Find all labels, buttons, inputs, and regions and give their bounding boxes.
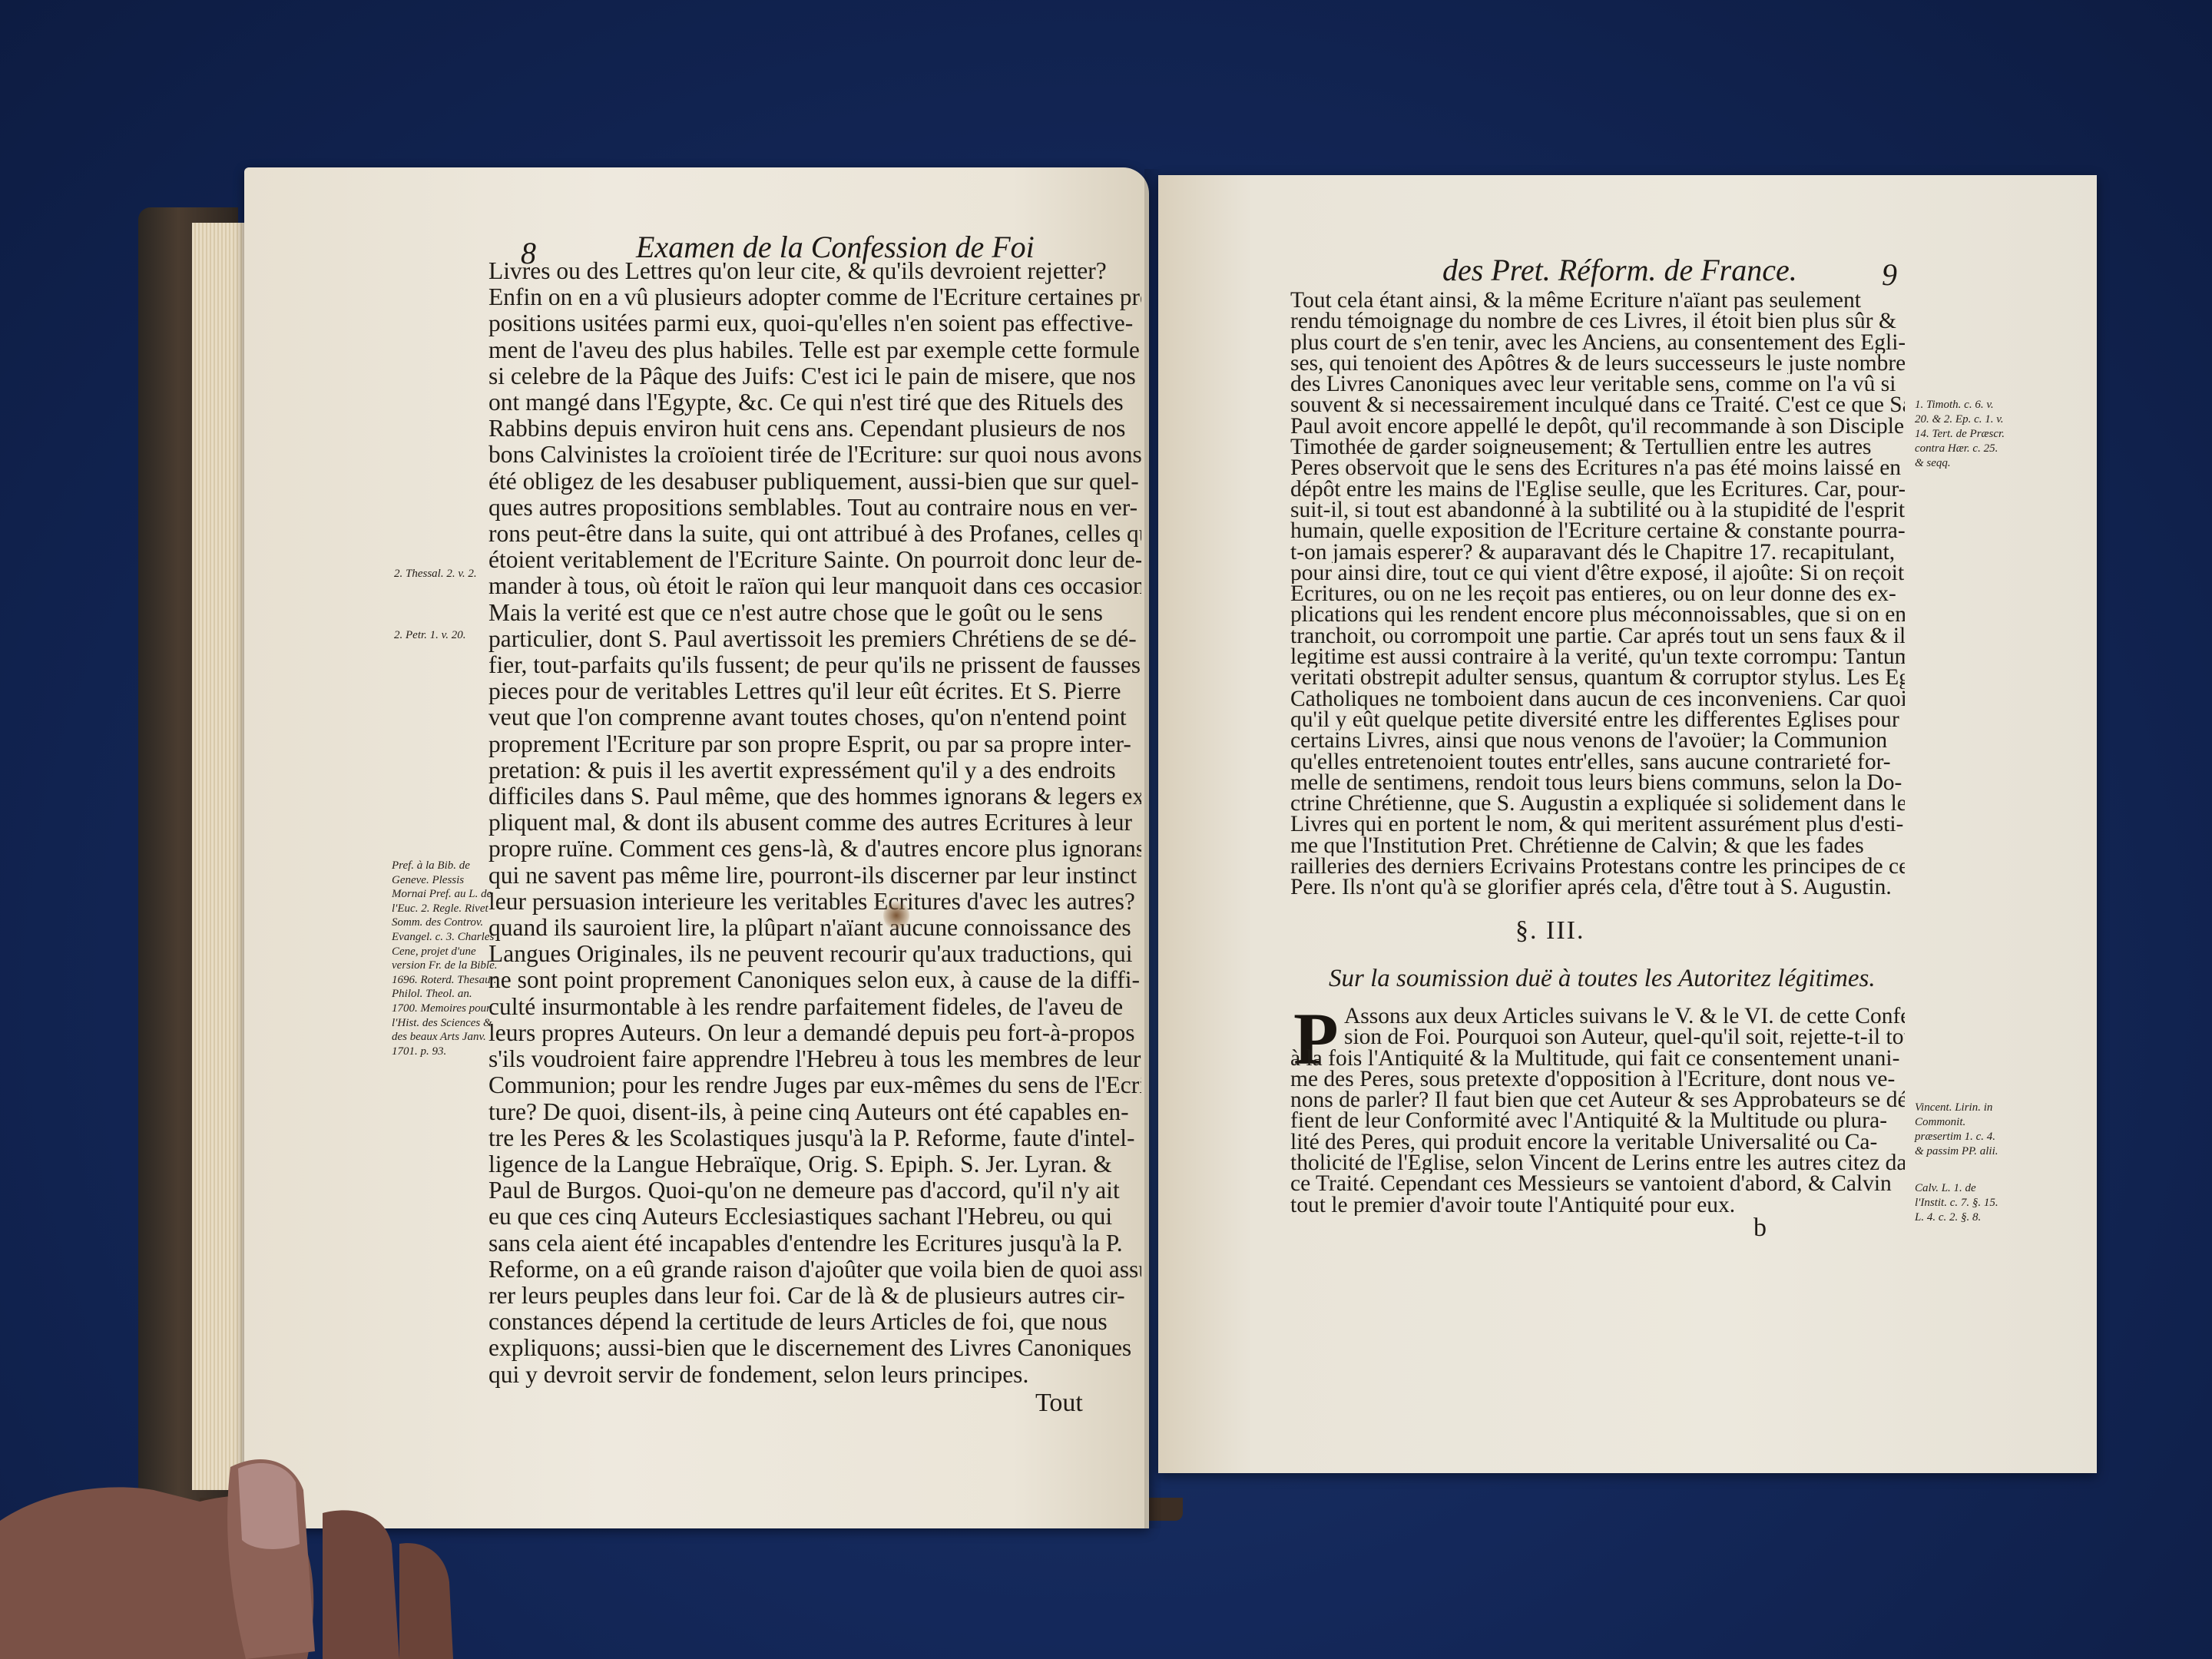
text-line: veut que l'on comprenne avant toutes cho… [488,704,1141,730]
text-line: ture? De quoi, disent-ils, à peine cinq … [488,1099,1141,1125]
text-line: ment de l'aveu des plus habiles. Telle e… [488,337,1141,363]
text-line: étoient veritablement de l'Ecriture Sain… [488,547,1141,573]
text-line: Paul avoit encore appellé le depôt, qu'i… [1290,416,1905,437]
text-line: eu que ces cinq Auteurs Ecclesiastiques … [488,1204,1141,1230]
text-line: tranchoit, ou corrompoit une partie. Car… [1290,626,1905,647]
hand-holding-page [0,1459,522,1659]
text-line: sans cela aient été incapables d'entendr… [488,1230,1141,1257]
catchword: Tout [1035,1389,1083,1418]
margin-note: Calv. L. 1. de l'Instit. c. 7. §. 15. L.… [1915,1181,2007,1225]
text-line: tholicité de l'Eglise, selon Vincent de … [1290,1153,1905,1174]
section-title: Sur la soumission duë à toutes les Autor… [1329,965,1876,993]
text-line: proprement l'Ecriture par son propre Esp… [488,731,1141,757]
text-line: qu'il y eût quelque petite diversité ent… [1290,710,1905,730]
text-line: bons Calvinistes la croïoient tirée de l… [488,442,1141,468]
text-line: si celebre de la Pâque des Juifs: C'est … [488,363,1141,389]
text-line: plications qui les rendent encore plus m… [1290,604,1905,625]
text-line: expliquons; aussi-bien que le discerneme… [488,1335,1141,1361]
text-line: propre ruïne. Comment ces gens-là, & d'a… [488,836,1141,862]
text-line: tre les Peres & les Scolastiques jusqu'à… [488,1125,1141,1151]
text-line: plus court de s'en tenir, avec les Ancie… [1290,333,1905,353]
text-line: Assons aux deux Articles suivans le V. &… [1290,1006,1905,1027]
page-block-edge [192,223,246,1490]
text-line: qui ne savent pas même lire, pourront-il… [488,863,1141,889]
text-line: ses, qui tenoient des Apôtres & de leurs… [1290,353,1905,374]
text-line: rer leurs peuples dans leur foi. Car de … [488,1283,1141,1309]
text-line: nons de parler? Il faut bien que cet Aut… [1290,1090,1905,1111]
text-line: Ecritures, ou on ne les reçoit pas entie… [1290,584,1905,604]
margin-note: Vincent. Lirin. in Commonit. præsertim 1… [1915,1101,2007,1159]
text-line: t-on jamais esperer? & auparavant dés le… [1290,542,1905,563]
text-line: qui y devroit servir de fondement, selon… [488,1362,1141,1388]
text-line: Reforme, on a eû grande raison d'ajoûter… [488,1257,1141,1283]
text-line: Communion; pour les rendre Juges par eux… [488,1072,1141,1098]
text-line: lité des Peres, qui produit encore la ve… [1290,1132,1905,1153]
text-line: Tout cela étant ainsi, & la même Ecritur… [1290,290,1905,311]
text-line: souvent & si necessairement inculqué dan… [1290,395,1905,416]
text-line: Timothée de garder soigneusement; & Tert… [1290,437,1905,458]
text-line: ques autres propositions semblables. Tou… [488,495,1141,521]
right-page[interactable]: des Pret. Réform. de France. 9 Tout cela… [1158,175,2097,1473]
text-line: particulier, dont S. Paul avertissoit le… [488,626,1141,652]
margin-note: 2. Petr. 1. v. 20. [394,628,486,643]
text-line: constances dépend la certitude de leurs … [488,1309,1141,1335]
margin-note: 1. Timoth. c. 6. v. 20. & 2. Ep. c. 1. v… [1915,398,2007,471]
text-line: mander à tous, où étoit le raïon qui leu… [488,573,1141,599]
text-line: des Livres Canoniques avec leur veritabl… [1290,374,1905,395]
signature-mark: b [1753,1214,1767,1243]
text-line: culté insurmontable à les rendre parfait… [488,994,1141,1020]
text-line: railleries des derniers Ecrivains Protes… [1290,856,1905,877]
text-line: ctrine Chrétienne, que S. Augustin a exp… [1290,793,1905,814]
text-line: me que l'Institution Pret. Chrétienne de… [1290,836,1905,856]
text-line: rendu témoignage du nombre de ces Livres… [1290,311,1905,332]
left-page[interactable]: 8 Examen de la Confession de Foi Livres … [244,167,1149,1528]
text-line: Mais la verité est que ce n'est autre ch… [488,600,1141,626]
text-line: suit-il, si tout est abandonné à la subt… [1290,500,1905,521]
text-line: pour ainsi dire, tout ce qui vient d'êtr… [1290,563,1905,584]
text-line: ont mangé dans l'Egypte, &c. Ce qui n'es… [488,389,1141,416]
margin-note: Pref. à la Bib. de Geneve. Plessis Morna… [392,859,499,1058]
text-line: ce Traité. Cependant ces Messieurs se va… [1290,1174,1905,1194]
text-line: difficiles dans S. Paul même, que des ho… [488,783,1141,810]
text-line: melle de sentimens, rendoit tous leurs b… [1290,773,1905,793]
text-line: quand ils sauroient lire, la plûpart n'a… [488,915,1141,941]
text-line: veritati obstrepit adulter sensus, quant… [1290,667,1905,688]
text-line: me des Peres, sous pretexte d'opposition… [1290,1069,1905,1090]
text-line: certains Livres, ainsi que nous venons d… [1290,730,1905,751]
text-line: Enfin on en a vû plusieurs adopter comme… [488,284,1141,310]
text-line: rons peut-être dans la suite, qui ont at… [488,521,1141,547]
text-line: Peres observoit que le sens des Ecriture… [1290,458,1905,478]
text-line: Pere. Ils n'ont qu'à se glorifier aprés … [1290,877,1905,898]
right-body-text: Tout cela étant ainsi, & la même Ecritur… [1290,290,1905,899]
text-line: ne sont point proprement Canoniques selo… [488,967,1141,993]
text-line: leur persuasion interieure les veritable… [488,889,1141,915]
text-line: Catholiques ne tomboient dans aucun de c… [1290,689,1905,710]
text-line: positions usitées parmi eux, quoi-qu'ell… [488,310,1141,336]
text-line: pliquent mal, & dont ils abusent comme d… [488,810,1141,836]
text-line: fier, tout-parfaits qu'ils fussent; de p… [488,652,1141,678]
text-line: Livres qui en portent le nom, & qui meri… [1290,814,1905,835]
text-line: s'ils voudroient faire apprendre l'Hebre… [488,1046,1141,1072]
text-line: à la fois l'Antiquité & la Multitude, qu… [1290,1048,1905,1069]
running-head: des Pret. Réform. de France. [1442,252,1797,288]
text-line: fient de leur Conformité avec l'Antiquit… [1290,1111,1905,1131]
text-line: été obligez de les desabuser publiquemen… [488,469,1141,495]
text-line: pieces pour de veritables Lettres qu'il … [488,678,1141,704]
page-number: 9 [1882,257,1897,293]
section-body-text: Assons aux deux Articles suivans le V. &… [1290,1006,1905,1216]
text-line: leurs propres Auteurs. On leur a demandé… [488,1020,1141,1046]
text-line: Paul de Burgos. Quoi-qu'on ne demeure pa… [488,1177,1141,1204]
margin-note: 2. Thessal. 2. v. 2. [394,567,494,581]
section-number: §. III. [1515,916,1584,945]
text-line: humain, quelle exposition de l'Ecriture … [1290,521,1905,541]
text-line: pretation: & puis il les avertit express… [488,757,1141,783]
text-line: dépôt entre les mains de l'Eglise seulle… [1290,479,1905,500]
text-line: ligence de la Langue Hebraïque, Orig. S.… [488,1151,1141,1177]
text-line: sion de Foi. Pourquoi son Auteur, quel-q… [1290,1027,1905,1048]
text-line: tout le premier d'avoir toute l'Antiquit… [1290,1195,1905,1216]
text-line: Rabbins depuis environ huit cens ans. Ce… [488,416,1141,442]
left-body-text: Livres ou des Lettres qu'on leur cite, &… [488,258,1141,1388]
text-line: legitime est aussi contraire à la verité… [1290,647,1905,667]
foxing-stain [883,901,909,930]
text-line: qu'elles entretenoient toutes entr'elles… [1290,752,1905,773]
text-line: Livres ou des Lettres qu'on leur cite, &… [488,258,1141,284]
text-line: Langues Originales, ils ne peuvent recou… [488,941,1141,967]
